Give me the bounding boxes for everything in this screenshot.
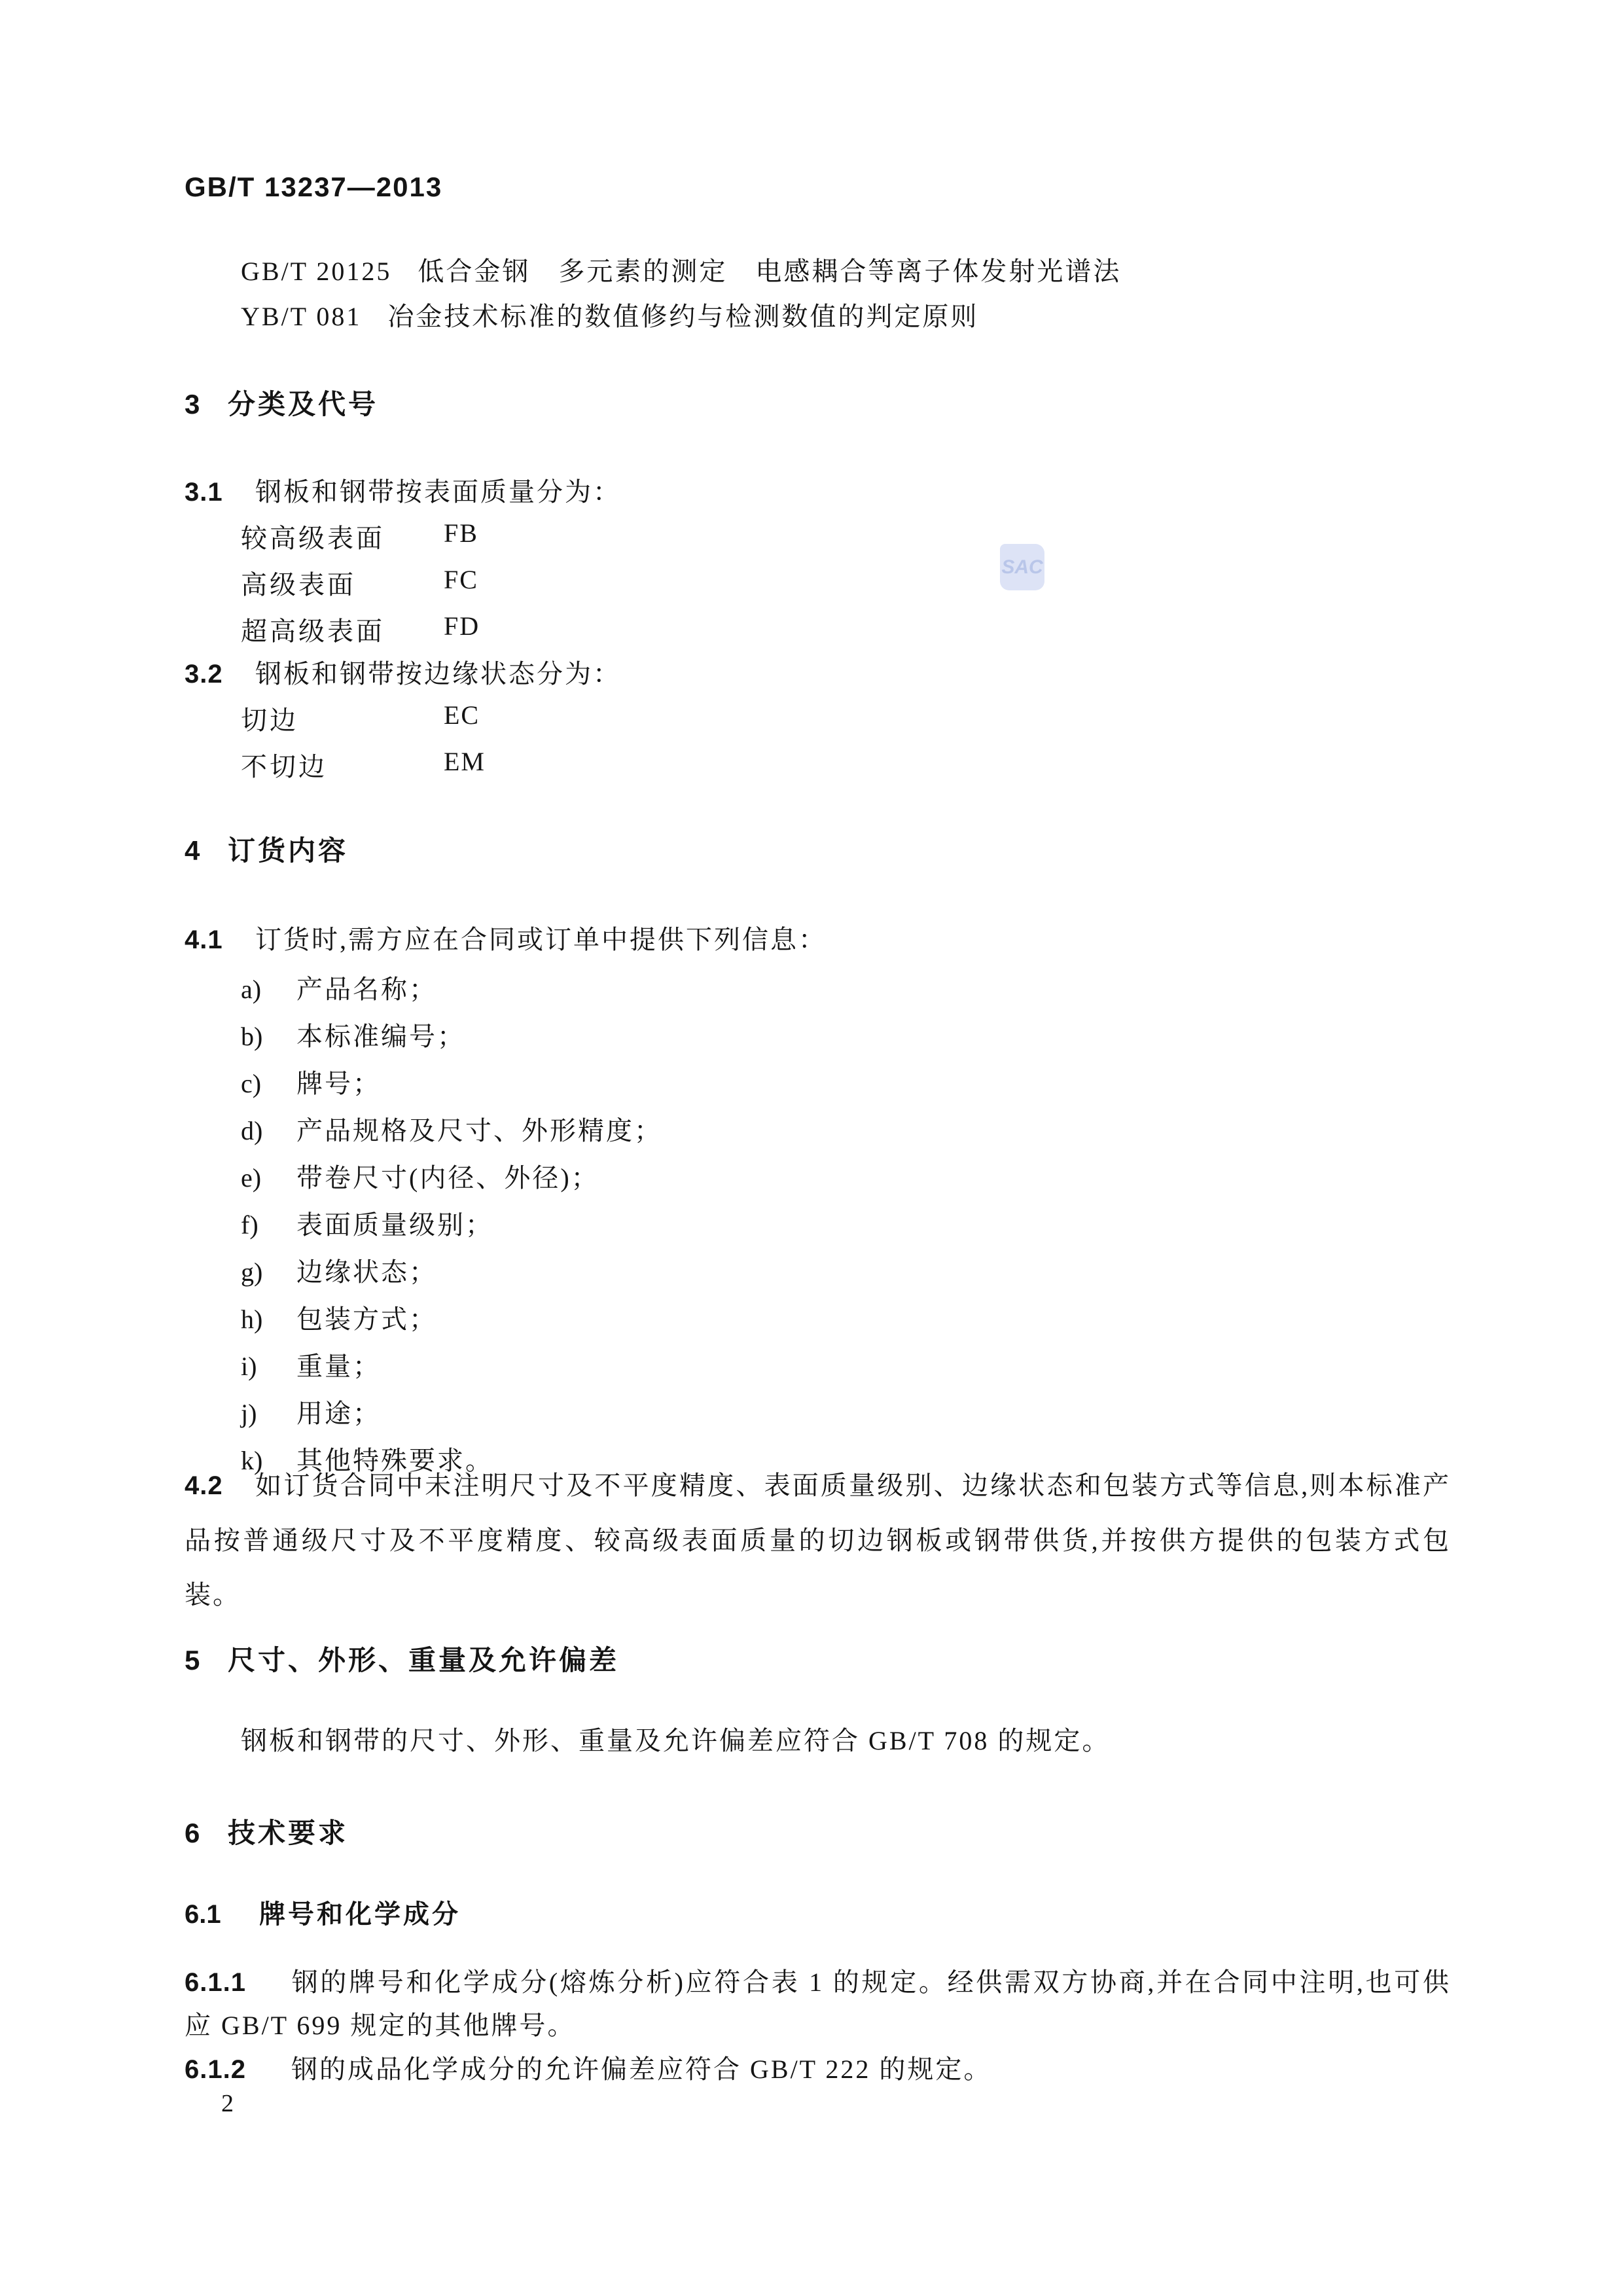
clause-number: 4.2 <box>185 1459 255 1513</box>
clause-3-2: 3.2钢板和钢带按边缘状态分为： <box>185 653 621 691</box>
item-text: 产品规格及尺寸、外形精度； <box>296 1116 662 1145</box>
item-letter: b) <box>241 1021 296 1052</box>
edge-state-row: 不切边 EM <box>241 746 327 783</box>
item-letter: d) <box>241 1115 296 1146</box>
section-title: 尺寸、外形、重量及允许偏差 <box>228 1645 619 1676</box>
item-text: 产品名称； <box>296 975 437 1004</box>
section-title: 技术要求 <box>228 1818 348 1848</box>
section-6-heading: 6技术要求 <box>185 1812 348 1851</box>
item-letter: f) <box>241 1210 296 1240</box>
item-letter: g) <box>241 1257 296 1287</box>
order-item: j)用途； <box>241 1393 381 1430</box>
clause-text: 钢的牌号和化学成分(熔炼分析)应符合表 1 的规定。经供需双方协商,并在合同中注… <box>185 1967 1451 2040</box>
order-item: f)表面质量级别； <box>241 1204 493 1242</box>
item-text: 牌号； <box>296 1069 381 1098</box>
item-letter: e) <box>241 1162 296 1193</box>
item-letter: c) <box>241 1068 296 1099</box>
item-letter: i) <box>241 1351 296 1382</box>
grade-code: FB <box>444 518 478 548</box>
section-3-heading: 3分类及代号 <box>185 383 378 422</box>
section-5-heading: 5尺寸、外形、重量及允许偏差 <box>185 1639 619 1678</box>
item-letter: j) <box>241 1398 296 1429</box>
clause-number: 3.1 <box>185 478 255 507</box>
order-item: g)边缘状态； <box>241 1251 437 1289</box>
document-page: GB/T 13237—2013 SAC GB/T 20125低合金钢 多元素的测… <box>0 0 1623 2296</box>
section-number: 4 <box>185 835 228 867</box>
edge-code: EC <box>444 700 480 730</box>
edge-code: EM <box>444 746 486 777</box>
clause-6-1-heading: 6.1牌号和化学成分 <box>185 1893 461 1931</box>
clause-text: 钢板和钢带按表面质量分为： <box>255 477 621 507</box>
section-title: 订货内容 <box>228 835 348 866</box>
clause-number: 6.1.2 <box>185 2055 291 2085</box>
item-text: 边缘状态； <box>296 1257 437 1287</box>
clause-6-1-2: 6.1.2钢的成品化学成分的允许偏差应符合 GB/T 222 的规定。 <box>185 2049 991 2086</box>
edge-label: 不切边 <box>241 752 327 781</box>
item-text: 用途； <box>296 1399 381 1428</box>
section-title: 分类及代号 <box>228 389 378 420</box>
order-item: b)本标准编号； <box>241 1016 465 1053</box>
section-number: 5 <box>185 1645 228 1676</box>
edge-label: 切边 <box>241 706 298 735</box>
reference-code: YB/T 081 <box>241 301 361 332</box>
clause-text: 订货时,需方应在合同或订单中提供下列信息： <box>255 925 827 954</box>
section-5-body: 钢板和钢带的尺寸、外形、重量及允许偏差应符合 GB/T 708 的规定。 <box>241 1720 1110 1757</box>
clause-4-2: 4.2如订货合同中未注明尺寸及不平度精度、表面质量级别、边缘状态和包装方式等信息… <box>185 1458 1451 1622</box>
reference-title: 冶金技术标准的数值修约与检测数值的判定原则 <box>387 302 978 331</box>
clause-number: 6.1.1 <box>185 1961 291 2004</box>
item-letter: h) <box>241 1304 296 1335</box>
section-number: 6 <box>185 1818 228 1849</box>
grade-code: FD <box>444 611 480 641</box>
item-letter: a) <box>241 974 296 1005</box>
clause-number: 6.1 <box>185 1900 259 1929</box>
item-text: 重量； <box>296 1352 381 1381</box>
item-text: 本标准编号； <box>296 1022 465 1051</box>
edge-state-row: 切边 EC <box>241 700 298 737</box>
surface-grade-row: 超高级表面 FD <box>241 611 385 648</box>
item-text: 表面质量级别； <box>296 1210 493 1240</box>
clause-text: 钢的成品化学成分的允许偏差应符合 GB/T 222 的规定。 <box>291 2054 991 2084</box>
reference-code: GB/T 20125 <box>241 256 391 287</box>
order-item: a)产品名称； <box>241 969 437 1006</box>
surface-grade-row: 高级表面 FC <box>241 564 356 601</box>
grade-code: FC <box>444 564 478 595</box>
clause-text: 如订货合同中未注明尺寸及不平度精度、表面质量级别、边缘状态和包装方式等信息,则本… <box>185 1471 1451 1609</box>
order-item: i)重量； <box>241 1346 381 1383</box>
section-number: 3 <box>185 389 228 420</box>
order-item: h)包装方式； <box>241 1299 437 1336</box>
reference-line: GB/T 20125低合金钢 多元素的测定 电感耦合等离子体发射光谱法 <box>241 251 1121 288</box>
item-text: 包装方式； <box>296 1304 437 1334</box>
grade-label: 超高级表面 <box>241 617 385 646</box>
page-number: 2 <box>221 2089 234 2118</box>
grade-label: 较高级表面 <box>241 524 385 553</box>
clause-3-1: 3.1钢板和钢带按表面质量分为： <box>185 471 621 509</box>
item-text: 带卷尺寸(内径、外径)； <box>296 1163 599 1193</box>
standard-code-header: GB/T 13237—2013 <box>185 171 442 203</box>
section-4-heading: 4订货内容 <box>185 829 348 869</box>
clause-title: 牌号和化学成分 <box>259 1900 461 1929</box>
order-item: d)产品规格及尺寸、外形精度； <box>241 1110 662 1147</box>
clause-6-1-1: 6.1.1钢的牌号和化学成分(熔炼分析)应符合表 1 的规定。经供需双方协商,并… <box>185 1961 1451 2047</box>
reference-title: 低合金钢 多元素的测定 电感耦合等离子体发射光谱法 <box>418 257 1121 286</box>
grade-label: 高级表面 <box>241 570 356 600</box>
reference-line: YB/T 081冶金技术标准的数值修约与检测数值的判定原则 <box>241 296 978 333</box>
clause-number: 4.1 <box>185 925 255 955</box>
surface-grade-row: 较高级表面 FB <box>241 518 385 555</box>
clause-text: 钢板和钢带按边缘状态分为： <box>255 659 621 689</box>
clause-number: 3.2 <box>185 660 255 689</box>
sac-watermark-logo: SAC <box>1000 544 1044 590</box>
clause-4-1: 4.1订货时,需方应在合同或订单中提供下列信息： <box>185 919 827 956</box>
order-item: c)牌号； <box>241 1063 381 1100</box>
order-item: e)带卷尺寸(内径、外径)； <box>241 1157 599 1194</box>
